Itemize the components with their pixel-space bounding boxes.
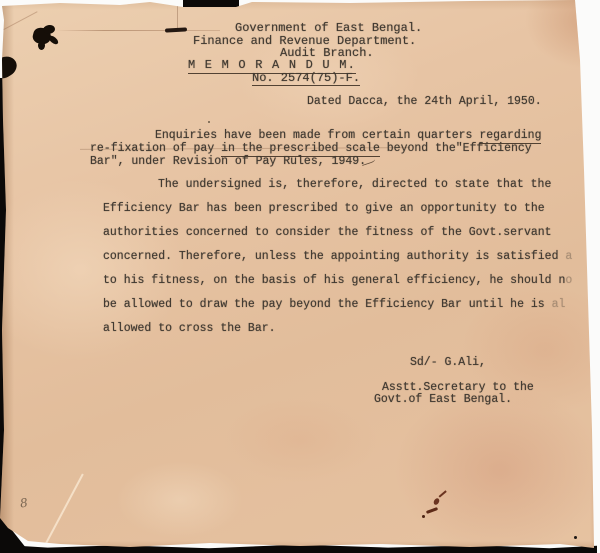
crease-top-left [0, 11, 38, 33]
paper-sheet: Government of East Bengal. Finance and R… [0, 0, 600, 553]
para2-line7: allowed to cross the Bar. [103, 322, 276, 335]
para1-line3: Bar", under Revision of Pay Rules, 1949. [90, 155, 366, 168]
scan-edge-top-notch [183, 0, 239, 8]
para2-line1: The undersigned is, therefore, directed … [158, 178, 551, 191]
para2-line5: to his fitness, on the basis of his gene… [103, 274, 572, 287]
para2-l5-text: to his fitness, on the basis of his gene… [103, 274, 565, 287]
para2-l6-text: be allowed to draw the pay beyond the Ef… [103, 298, 552, 311]
black-dot [574, 536, 577, 539]
ink-dash [165, 27, 187, 32]
para2-l4-cut: a [565, 250, 572, 263]
crease-bottom-left [41, 474, 84, 552]
date-line: Dated Dacca, the 24th April, 1950. [307, 95, 542, 108]
ink-blot-tail [47, 34, 59, 46]
para2-l4-text: concerned. Therefore, unless the appoint… [103, 250, 565, 263]
para2-line4: concerned. Therefore, unless the appoint… [103, 250, 572, 263]
crease-top [55, 30, 220, 31]
para1-l1-text: Enquiries have been made from certain qu… [155, 129, 479, 142]
pencil-mark: 8 [19, 496, 29, 511]
para2-line6: be allowed to draw the pay beyond the Ef… [103, 298, 565, 311]
para1-line1: Enquiries have been made from certain qu… [155, 129, 541, 142]
red-ink-speck-1 [426, 507, 438, 514]
para1-line2: re-fixation of pay in the prescribed sca… [90, 142, 532, 155]
scanned-memorandum: Government of East Bengal. Finance and R… [0, 0, 600, 553]
para2-line2: Efficiency Bar has been prescribed to gi… [103, 202, 545, 215]
para2-l5-cut: o [565, 274, 572, 287]
crease-vertical [177, 0, 178, 30]
ink-blot-drip [38, 41, 45, 50]
para2-line3: authorities concerned to consider the fi… [103, 226, 552, 239]
signature-title-2: Govt.of East Bengal. [374, 393, 512, 406]
ink-blot-edge [0, 52, 20, 81]
memo-number: No. 2574(75)-F. [252, 71, 360, 87]
para1-l2-rest: beyond the"Efficiency [380, 142, 532, 155]
red-ink-speck-3 [439, 490, 447, 497]
signature-sd: Sd/- G.Ali, [410, 356, 486, 369]
red-ink-dot [422, 515, 425, 518]
para2-l6-cut: al [552, 298, 566, 311]
small-speck [208, 121, 210, 123]
ink-blot-lobe [42, 24, 55, 35]
para1-l2-text: re-fixation of pay [90, 142, 221, 155]
red-ink-speck-2 [433, 497, 441, 506]
